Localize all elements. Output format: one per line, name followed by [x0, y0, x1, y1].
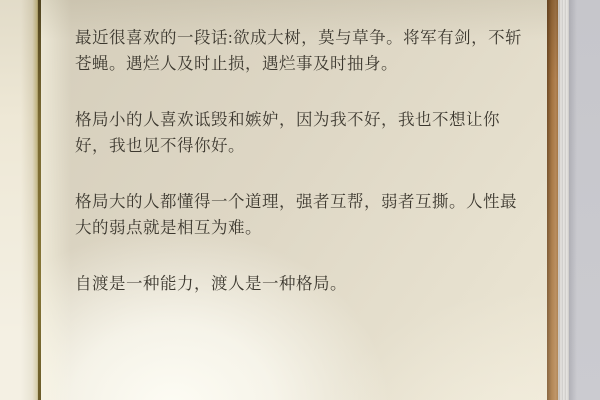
text-line: 格局小的人喜欢诋毁和嫉妒，因为我不好，我也不想让你	[75, 107, 523, 133]
left-page-edge	[0, 0, 38, 400]
book-photo: 最近很喜欢的一段话:欲成大树，莫与草争。将军有剑，不斩 苍蝇。遇烂人及时止损，遇…	[0, 0, 600, 400]
paragraph: 自渡是一种能力，渡人是一种格局。	[75, 271, 523, 297]
backdrop-shadow	[569, 0, 577, 400]
book-cover-edge	[547, 0, 558, 400]
text-line: 格局大的人都懂得一个道理，强者互帮，弱者互撕。人性最	[75, 189, 523, 215]
page-text: 最近很喜欢的一段话:欲成大树，莫与草争。将军有剑，不斩 苍蝇。遇烂人及时止损，遇…	[75, 25, 523, 327]
paragraph: 格局小的人喜欢诋毁和嫉妒，因为我不好，我也不想让你 好，我也见不得你好。	[75, 107, 523, 159]
page-stack-edge	[558, 0, 569, 400]
paragraph: 最近很喜欢的一段话:欲成大树，莫与草争。将军有剑，不斩 苍蝇。遇烂人及时止损，遇…	[75, 25, 523, 77]
paragraph: 格局大的人都懂得一个道理，强者互帮，弱者互撕。人性最 大的弱点就是相互为难。	[75, 189, 523, 241]
text-line: 自渡是一种能力，渡人是一种格局。	[75, 271, 523, 297]
text-line: 苍蝇。遇烂人及时止损，遇烂事及时抽身。	[75, 51, 523, 77]
text-line: 好，我也见不得你好。	[75, 133, 523, 159]
text-line: 大的弱点就是相互为难。	[75, 215, 523, 241]
text-line: 最近很喜欢的一段话:欲成大树，莫与草争。将军有剑，不斩	[75, 25, 523, 51]
